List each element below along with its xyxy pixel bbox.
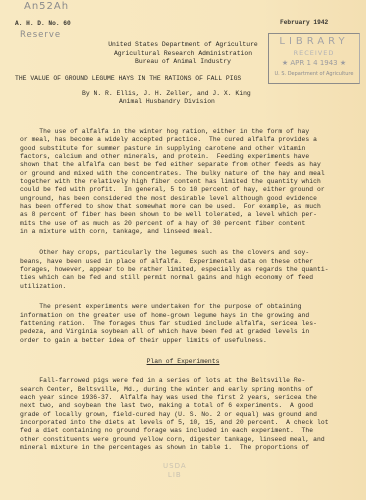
document-page: An52Ah A. H. D. No. 60 Reserve February … (0, 0, 366, 500)
text-line: beans, have been used in place of alfalf… (20, 258, 313, 265)
text-line: fed a diet containing no ground forage w… (20, 427, 313, 434)
library-received-stamp: LIBRARY RECEIVED ★ APR 1 4 1943 ★ U. S. … (268, 33, 360, 84)
text-line: incorporated into the diets at levels of… (20, 419, 329, 426)
document-number: A. H. D. No. 60 (15, 20, 71, 27)
text-line: unground, has been considered the most d… (20, 195, 317, 202)
text-line: or ground and mixed with the concentrate… (20, 170, 325, 177)
handwritten-call-number: An52Ah (24, 1, 69, 12)
division: Animal Husbandry Division (119, 98, 215, 105)
text-line: forages, however, appear to be rather li… (20, 266, 329, 273)
text-line: search Center, Beltsville, Md., during t… (20, 386, 313, 393)
text-line: order to gain a better idea of their upp… (20, 337, 267, 344)
perforated-stamp-line-1: USDA (163, 462, 187, 471)
document-title: THE VALUE OF GROUND LEGUME HAYS IN THE R… (15, 75, 241, 82)
text-line: factors, calcium and other minerals, and… (20, 153, 309, 160)
text-line: ties which can be fed and still permit n… (20, 274, 313, 281)
stamp-library-text: LIBRARY (269, 36, 359, 47)
text-line: next two, and soybean the last two, maki… (20, 402, 313, 409)
text-line: other constituents were ground yellow co… (20, 436, 325, 443)
text-line: has been offered to show that somewhat m… (20, 203, 321, 210)
text-line: shown that the alfalfa can best be fed e… (20, 161, 321, 168)
text-line: could be fed with profit. In general, 5 … (20, 186, 325, 193)
text-line: pedeza, and Virginia soybean all of whic… (20, 328, 309, 335)
text-line: or meal, has become a widely accepted pr… (20, 136, 317, 143)
text-line: in a mixture with corn, tankage, and lin… (20, 228, 213, 235)
text-line: fattening ration. The forages thus far s… (20, 320, 317, 327)
stamp-date-text: ★ APR 1 4 1943 ★ (269, 59, 359, 67)
text-line: mits the use of as much as 20 percent of… (20, 220, 305, 227)
handwritten-reserve: Reserve (20, 30, 61, 40)
authors: By N. R. Ellis, J. H. Zeller, and J. X. … (82, 90, 251, 97)
section-heading: Plan of Experiments (0, 358, 366, 365)
text-line: Fall-farrowed pigs were fed in a series … (20, 377, 305, 384)
stamp-received-text: RECEIVED (269, 49, 359, 57)
stamp-department-text: U. S. Department of Agriculture (269, 71, 359, 77)
document-date: February 1942 (280, 19, 328, 26)
text-line: The use of alfalfa in the winter hog rat… (20, 128, 309, 135)
text-line: as 8 percent of fiber has been shown to … (20, 211, 317, 218)
text-line: each year since 1936-37. Alfalfa hay was… (20, 394, 317, 401)
perforated-stamp: USDA LIB (163, 462, 187, 480)
text-line: grade of locally grown, field-cured hay … (20, 411, 317, 418)
text-line: together with the relatively high fiber … (20, 178, 321, 185)
perforated-stamp-line-2: LIB (163, 471, 187, 480)
text-line: Other hay crops, particularly the legume… (20, 249, 309, 256)
text-line: mineral mixture in the percentages as sh… (20, 444, 309, 451)
text-line: good substitute for summer pasture in su… (20, 145, 305, 152)
text-line: information on the greater use of home-g… (20, 312, 309, 319)
text-line: The present experiments were undertaken … (20, 303, 302, 310)
text-line: utilization. (20, 283, 66, 290)
